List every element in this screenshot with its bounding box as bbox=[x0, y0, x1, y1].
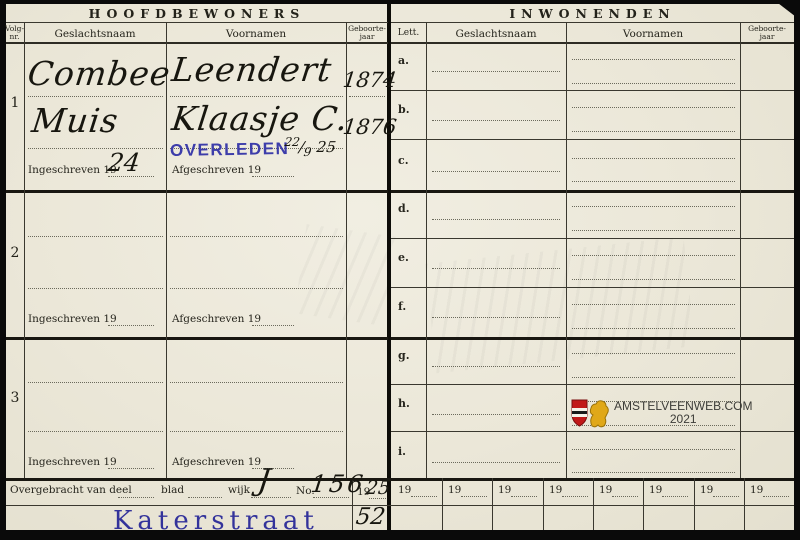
handwritten-surname: Muis bbox=[30, 101, 121, 140]
volgnr-line2: nr. bbox=[10, 32, 20, 41]
write-line bbox=[28, 430, 163, 432]
write-line bbox=[572, 157, 735, 159]
year-cell: 19 bbox=[398, 484, 411, 496]
divider-line bbox=[6, 478, 794, 481]
write-line bbox=[411, 495, 437, 497]
right-col-geboortejaar: Geboorte- jaar bbox=[740, 25, 794, 41]
right-col-geslachtsnaam: Geslachtsnaam bbox=[426, 28, 566, 40]
write-line bbox=[432, 218, 560, 220]
write-line bbox=[572, 130, 735, 132]
ingeschreven-label: Ingeschreven 19 bbox=[28, 164, 117, 176]
write-line bbox=[432, 413, 560, 415]
write-line bbox=[713, 495, 739, 497]
divider-line bbox=[391, 337, 794, 340]
letter-label: b. bbox=[398, 103, 410, 116]
right-table-title: INWONENDEN bbox=[391, 6, 794, 21]
write-line bbox=[572, 205, 735, 207]
write-line bbox=[170, 287, 343, 289]
write-line bbox=[562, 495, 588, 497]
column-line bbox=[694, 478, 695, 530]
show-through-mark bbox=[294, 224, 396, 326]
write-line bbox=[461, 495, 487, 497]
write-line bbox=[572, 471, 735, 473]
divider-line bbox=[391, 139, 794, 140]
write-line bbox=[572, 82, 735, 84]
left-col-voornamen: Voornamen bbox=[166, 28, 346, 40]
write-line bbox=[252, 467, 294, 469]
write-line bbox=[28, 287, 163, 289]
write-line bbox=[572, 106, 735, 108]
write-line bbox=[572, 327, 735, 329]
write-line bbox=[432, 461, 560, 463]
letter-label: f. bbox=[398, 300, 406, 313]
letter-label: d. bbox=[398, 202, 410, 215]
write-line bbox=[662, 495, 688, 497]
write-line bbox=[108, 467, 154, 469]
divider-line bbox=[391, 238, 794, 239]
overleden-date: 22/9 25 bbox=[283, 135, 338, 159]
write-line bbox=[511, 495, 537, 497]
year-cell: 19 bbox=[498, 484, 511, 496]
column-line bbox=[593, 478, 594, 530]
handwritten-birthyear: 1876 bbox=[342, 115, 398, 139]
year-cell: 19 bbox=[448, 484, 461, 496]
letter-label: h. bbox=[398, 397, 410, 410]
year-cell: 19 bbox=[599, 484, 612, 496]
write-line bbox=[432, 267, 560, 269]
write-line bbox=[432, 119, 560, 121]
handwritten-birthyear: 1874 bbox=[342, 68, 398, 92]
write-line bbox=[572, 254, 735, 256]
letter-label: c. bbox=[398, 154, 409, 167]
overgebracht-label: Overgebracht van deel bbox=[10, 484, 132, 496]
write-line bbox=[572, 229, 735, 231]
overleden-stamp: OVERLEDEN bbox=[170, 139, 290, 161]
afgeschreven-label: Afgeschreven 19 bbox=[172, 164, 261, 176]
year-cell: 19 bbox=[700, 484, 713, 496]
write-line bbox=[572, 352, 735, 354]
date-day: 22 bbox=[284, 135, 301, 149]
street-name-stamp: Katerstraat bbox=[113, 506, 319, 536]
column-line bbox=[492, 478, 493, 530]
divider-line bbox=[6, 337, 388, 340]
letter-label: e. bbox=[398, 251, 409, 264]
divider-line bbox=[6, 22, 388, 23]
left-table-title: HOOFDBEWONERS bbox=[6, 6, 388, 21]
row-number: 2 bbox=[6, 245, 24, 261]
year-cell: 19 bbox=[549, 484, 562, 496]
afgeschreven-label: Afgeschreven 19 bbox=[172, 313, 261, 325]
row-number: 3 bbox=[6, 390, 24, 406]
year-handwritten-value: 25 bbox=[365, 477, 392, 499]
handwritten-firstnames: Klaasje C. bbox=[170, 99, 351, 138]
divider-line bbox=[391, 384, 794, 385]
write-line bbox=[170, 430, 343, 432]
left-col-geslachtsnaam: Geslachtsnaam bbox=[24, 28, 166, 40]
ingeschreven-label: Ingeschreven 19 bbox=[28, 456, 117, 468]
year-cell: 19 bbox=[750, 484, 763, 496]
divider-line bbox=[6, 42, 388, 44]
write-line bbox=[252, 175, 294, 177]
divider-line bbox=[391, 431, 794, 432]
watermark-text: AMSTELVEENWEB.COM 2021 bbox=[614, 400, 752, 426]
write-line bbox=[432, 70, 560, 72]
left-col-volgnr: Volg- nr. bbox=[5, 25, 24, 41]
handwritten-surname: Combee bbox=[26, 54, 173, 93]
column-line bbox=[543, 478, 544, 530]
wijk-label: wijk bbox=[228, 484, 250, 496]
write-line bbox=[572, 303, 735, 305]
row-number: 1 bbox=[6, 95, 24, 111]
write-line bbox=[28, 147, 163, 149]
write-line bbox=[432, 170, 560, 172]
amstelveen-coat-of-arms-icon bbox=[570, 398, 610, 428]
write-line bbox=[612, 495, 638, 497]
ingeschreven-year-value: 24 bbox=[106, 148, 141, 177]
blad-label: blad bbox=[161, 484, 184, 496]
column-line bbox=[744, 478, 745, 530]
letter-label: a. bbox=[398, 54, 409, 67]
write-line bbox=[170, 235, 343, 237]
geboortejaar-line2: jaar bbox=[760, 32, 775, 41]
watermark-year: 2021 bbox=[614, 413, 752, 426]
divider-line bbox=[391, 22, 794, 23]
date-month: 9 bbox=[303, 145, 312, 159]
letter-label: g. bbox=[398, 349, 410, 362]
letter-label: i. bbox=[398, 445, 406, 458]
column-line bbox=[426, 22, 427, 478]
write-line bbox=[572, 58, 735, 60]
watermark: AMSTELVEENWEB.COM 2021 bbox=[570, 398, 752, 428]
left-col-geboortejaar: Geboorte- jaar bbox=[346, 25, 388, 41]
divider-line bbox=[391, 42, 794, 44]
right-col-lett: Lett. bbox=[391, 28, 426, 38]
divider-line bbox=[391, 90, 794, 91]
house-number-handwritten: 52 bbox=[354, 504, 386, 530]
write-line bbox=[170, 95, 343, 97]
divider-line bbox=[6, 190, 388, 193]
write-line bbox=[572, 448, 735, 450]
write-line bbox=[572, 278, 735, 280]
date-year: 25 bbox=[316, 138, 337, 156]
write-line bbox=[28, 95, 163, 97]
write-line bbox=[432, 316, 560, 318]
column-line bbox=[442, 478, 443, 530]
write-line bbox=[170, 381, 343, 383]
geboortejaar-line2: jaar bbox=[360, 32, 375, 41]
divider-line bbox=[391, 287, 794, 288]
write-line bbox=[252, 324, 294, 326]
write-line bbox=[572, 180, 735, 182]
afgeschreven-label: Afgeschreven 19 bbox=[172, 456, 261, 468]
write-line bbox=[763, 495, 789, 497]
write-line bbox=[118, 496, 154, 498]
column-line bbox=[566, 22, 567, 478]
write-line bbox=[108, 324, 154, 326]
year-cell: 19 bbox=[649, 484, 662, 496]
ingeschreven-label: Ingeschreven 19 bbox=[28, 313, 117, 325]
write-line bbox=[28, 235, 163, 237]
write-line bbox=[432, 365, 560, 367]
write-line bbox=[572, 376, 735, 378]
write-line bbox=[349, 95, 385, 97]
right-col-voornamen: Voornamen bbox=[566, 28, 740, 40]
scanned-register-page: HOOFDBEWONERS Volg- nr. Geslachtsnaam Vo… bbox=[0, 0, 800, 540]
write-line bbox=[188, 496, 222, 498]
handwritten-firstnames: Leendert bbox=[170, 50, 335, 89]
write-line bbox=[28, 381, 163, 383]
divider-line bbox=[391, 190, 794, 193]
column-line bbox=[643, 478, 644, 530]
